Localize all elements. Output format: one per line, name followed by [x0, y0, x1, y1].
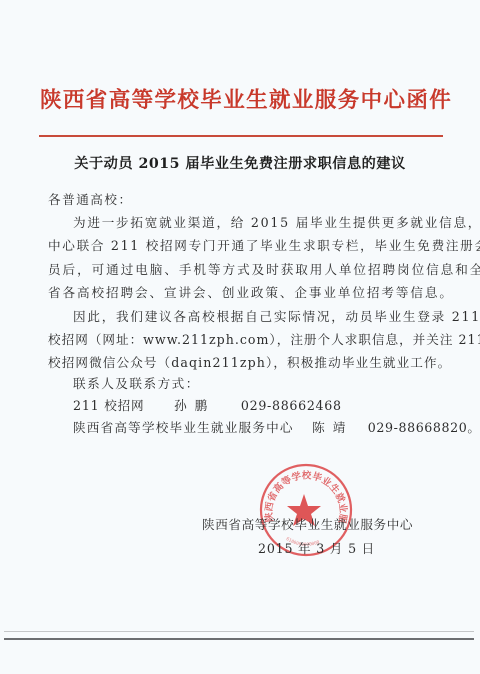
contact-row-1: 211 校招网 孙 鹏 029-88662468 [73, 398, 342, 414]
document-title: 关于动员 2015 届毕业生免费注册求职信息的建议 [30, 153, 450, 173]
contact-name: 孙 鹏 [174, 398, 209, 413]
letterhead-title: 陕西省高等学校毕业生就业服务中心函件 [40, 83, 440, 114]
body-line-7: 校招网微信公众号（daqin211zph），积极推动毕业生就业工作。 [48, 355, 451, 371]
body-line-2: 中心联合 211 校招网专门开通了毕业生求职专栏，毕业生免费注册会 [48, 238, 480, 254]
contacts-heading: 联系人及联系方式： [73, 376, 200, 392]
body-line-4: 省各高校招聘会、宣讲会、创业政策、企事业单位招考等信息。 [48, 285, 454, 301]
contact-org: 211 校招网 [73, 398, 144, 413]
body-line-3: 员后，可通过电脑、手机等方式及时获取用人单位招聘岗位信息和全 [48, 262, 480, 278]
letter-page: 陕西省高等学校毕业生就业服务中心函件 关于动员 2015 届毕业生免费注册求职信… [0, 0, 480, 674]
contact-org: 陕西省高等学校毕业生就业服务中心 [73, 420, 294, 435]
signature-date: 2015 年 3 月 5 日 [258, 538, 375, 557]
footer-rule-dark [4, 638, 474, 640]
footer-rule-light [4, 631, 474, 632]
contact-phone: 029-88662468 [241, 398, 342, 413]
contact-row-2: 陕西省高等学校毕业生就业服务中心 陈 靖 029-88668820。 [73, 420, 480, 436]
body-line-1: 为进一步拓宽就业渠道，给 2015 届毕业生提供更多就业信息，我 [73, 215, 480, 231]
letterhead-red-rule [39, 135, 443, 137]
body-line-5: 因此，我们建议各高校根据自己实际情况，动员毕业生登录 211 [73, 309, 480, 325]
contact-name: 陈 靖 [312, 420, 347, 435]
signature-org: 陕西省高等学校毕业生就业服务中心 [202, 514, 413, 533]
body-line-6: 校招网（网址：www.211zph.com），注册个人求职信息，并关注 211 [48, 332, 480, 348]
salutation: 各普通高校： [48, 192, 133, 208]
contact-phone: 029-88668820。 [368, 420, 480, 435]
